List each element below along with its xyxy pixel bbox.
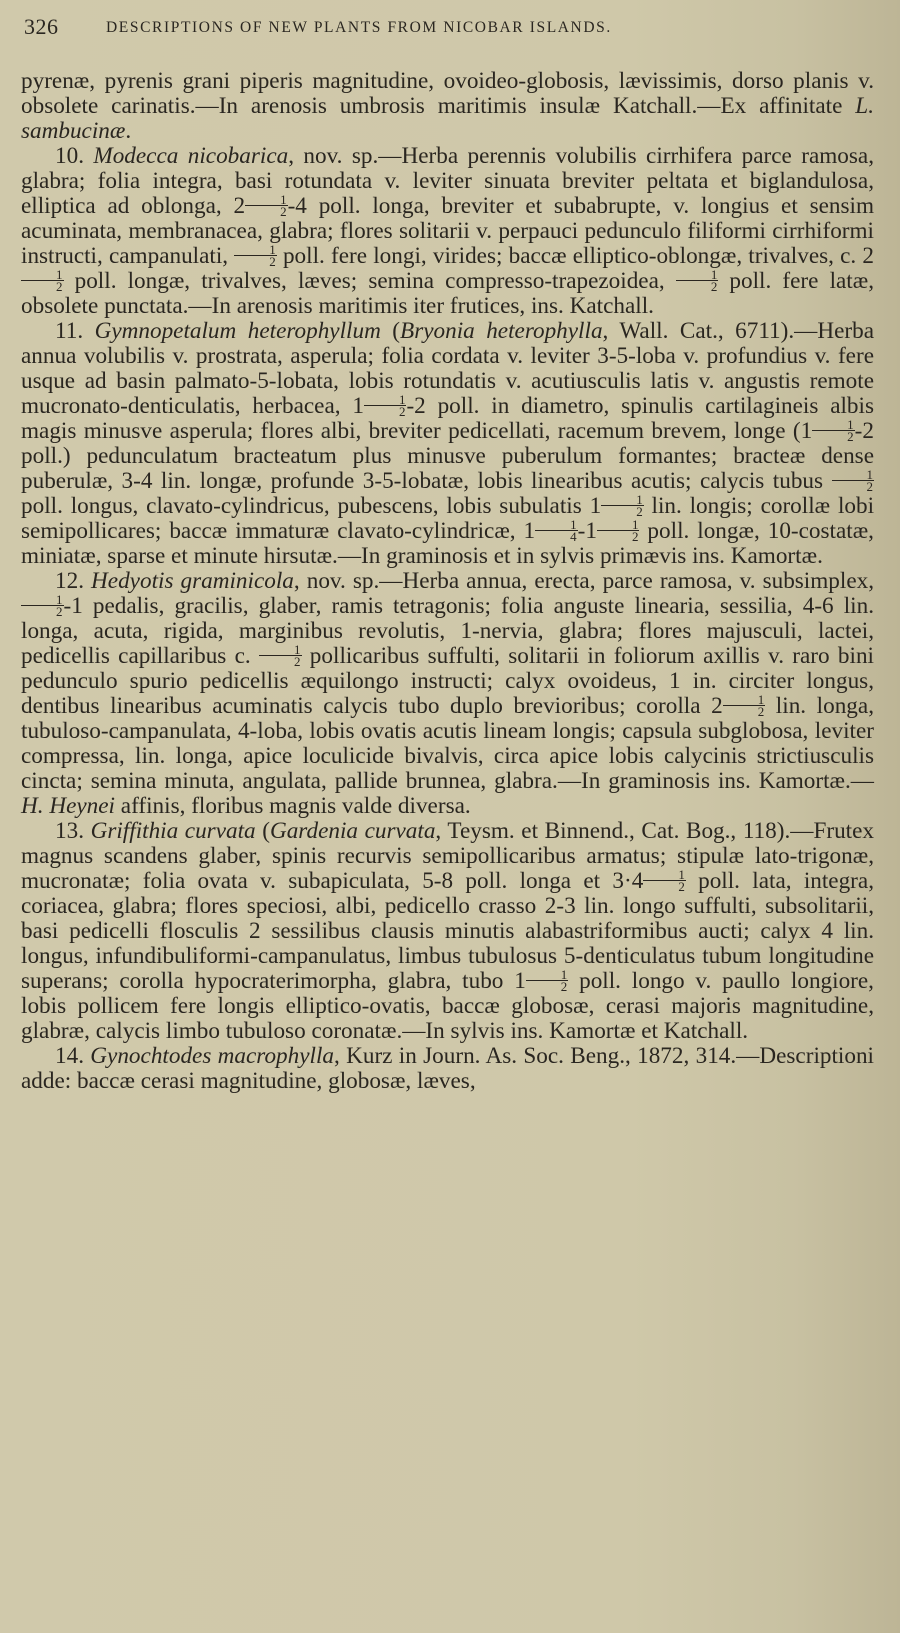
fraction: 12 — [364, 394, 407, 417]
species-entry-12: 12. Hedyotis graminicola, nov. sp.—Herba… — [21, 569, 874, 819]
text-run: . — [125, 118, 131, 144]
synonym-name: Bryonia heterophylla — [400, 318, 603, 344]
running-head: 326 DESCRIPTIONS OF NEW PLANTS FROM NICO… — [24, 14, 876, 44]
fraction: 12 — [812, 419, 855, 442]
species-name: Gynochtodes macrophylla — [90, 1043, 334, 1069]
text-run: affinis, floribus magnis valde diversa. — [115, 793, 471, 819]
species-entry-11: 11. Gymnopetalum heterophyllum (Bryonia … — [21, 319, 874, 569]
body-text: pyrenæ, pyrenis grani piperis magnitudin… — [21, 69, 874, 1094]
species-name: Modecca nicobarica — [93, 143, 288, 169]
fraction: 12 — [234, 244, 277, 267]
fraction: 12 — [723, 694, 766, 717]
text-run: -1 — [578, 518, 597, 544]
continuation-paragraph: pyrenæ, pyrenis grani piperis magnitudin… — [21, 69, 874, 144]
text-run: poll. longæ, trivalves, læves; semina co… — [64, 268, 676, 294]
fraction: 12 — [597, 519, 640, 542]
synonym-name: Gardenia curvata — [270, 818, 435, 844]
fraction: 12 — [259, 644, 302, 667]
fraction: 14 — [535, 519, 578, 542]
fraction: 12 — [832, 469, 875, 492]
running-title: DESCRIPTIONS OF NEW PLANTS FROM NICOBAR … — [106, 19, 612, 37]
fraction: 12 — [526, 969, 569, 992]
fraction: 12 — [601, 494, 644, 517]
text-run: pyrenæ, pyrenis grani piperis magnitudin… — [21, 68, 874, 119]
text-run: , nov. sp.—Herba annua, erecta, parce ra… — [294, 568, 874, 594]
species-name: Gymnopetalum heterophyllum — [95, 318, 381, 344]
species-entry-14: 14. Gynochtodes macrophylla, Kurz in Jou… — [21, 1044, 874, 1094]
species-name: Hedyotis graminicola — [91, 568, 294, 594]
species-entry-13: 13. Griffithia curvata (Gardenia curvata… — [21, 819, 874, 1044]
fraction: 12 — [676, 269, 719, 292]
entry-number: 11. — [55, 318, 83, 344]
entry-number: 13. — [55, 818, 84, 844]
species-reference: H. Heynei — [21, 793, 115, 819]
fraction: 12 — [21, 269, 64, 292]
entry-number: 12. — [55, 568, 84, 594]
document-page: 326 DESCRIPTIONS OF NEW PLANTS FROM NICO… — [0, 0, 900, 1633]
entry-number: 10. — [55, 143, 84, 169]
text-run: poll. longus, clavato-cylindricus, pubes… — [21, 493, 601, 519]
text-run: ( — [256, 818, 270, 844]
fraction: 12 — [643, 869, 686, 892]
fraction: 12 — [245, 194, 288, 217]
text-run: poll. fere longi, virides; baccæ ellipti… — [277, 243, 874, 269]
page-number: 326 — [24, 14, 59, 40]
fraction: 12 — [21, 594, 64, 617]
species-entry-10: 10. Modecca nicobarica, nov. sp.—Herba p… — [21, 144, 874, 319]
text-run: ( — [381, 318, 400, 344]
entry-number: 14. — [55, 1043, 84, 1069]
species-name: Griffithia curvata — [91, 818, 256, 844]
